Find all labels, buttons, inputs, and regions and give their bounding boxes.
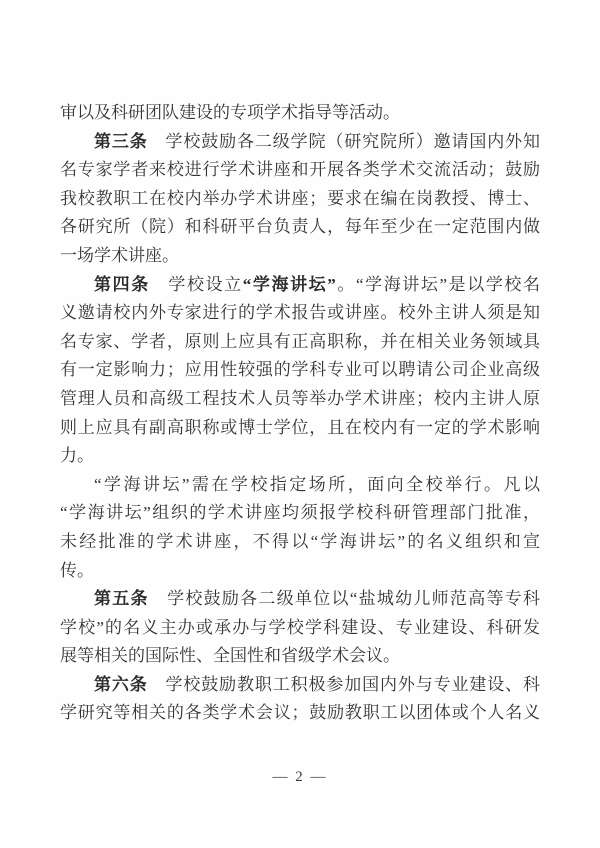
text-line: 则上应具有副高职称或博士学位，且在校内有一定的学术影响 xyxy=(60,414,540,443)
text-line: 传。 xyxy=(60,557,540,586)
text-line: 学研究等相关的各类学术会议；鼓励教职工以团体或个人名义 xyxy=(60,699,540,728)
document-page: 审以及科研团队建设的专项学术指导等活动。第三条 学校鼓励各二级学院（研究院所）邀… xyxy=(0,0,600,848)
page-number: — 2 — xyxy=(0,766,600,788)
body-text: 名专家学者来校进行学术讲座和开展各类学术交流活动；鼓励 xyxy=(60,160,540,179)
text-line: 我校教职工在校内举办学术讲座；要求在编在岗教授、博士、 xyxy=(60,185,540,214)
text-line: 第三条 学校鼓励各二级学院（研究院所）邀请国内外知 xyxy=(60,128,540,157)
text-line: 第五条 学校鼓励各二级单位以“盐城幼儿师范高等专科 xyxy=(60,585,540,614)
text-line: 一场学术讲座。 xyxy=(60,242,540,271)
body-text: 学研究等相关的各类学术会议；鼓励教职工以团体或个人名义 xyxy=(60,703,540,722)
body-text: 。“学海讲坛”是以学校名 xyxy=(336,275,540,294)
body-text: 管理人员和高级工程技术人员等举办学术讲座；校内主讲人原 xyxy=(60,389,540,408)
body-text: “学海讲坛”组织的学术讲座均须报学校科研管理部门批准， xyxy=(60,503,540,522)
bold-text: 第三条 xyxy=(94,132,148,151)
body-text: 学校鼓励教职工积极参加国内外与专业建设、科 xyxy=(148,675,540,694)
body-text: 力。 xyxy=(60,446,94,465)
bold-text: 第六条 xyxy=(94,675,148,694)
text-line: 审以及科研团队建设的专项学术指导等活动。 xyxy=(60,99,540,128)
body-text: 我校教职工在校内举办学术讲座；要求在编在岗教授、博士、 xyxy=(60,189,540,208)
body-text: 学校设立 xyxy=(150,275,243,294)
body-text: 传。 xyxy=(60,561,94,580)
bold-text: 第四条 xyxy=(94,275,150,294)
text-line: 名专家学者来校进行学术讲座和开展各类学术交流活动；鼓励 xyxy=(60,156,540,185)
bold-text: 第五条 xyxy=(94,589,149,608)
document-body: 审以及科研团队建设的专项学术指导等活动。第三条 学校鼓励各二级学院（研究院所）邀… xyxy=(60,99,540,728)
body-text: 一场学术讲座。 xyxy=(60,246,179,265)
body-text: 则上应具有副高职称或博士学位，且在校内有一定的学术影响 xyxy=(60,418,540,437)
text-line: 展等相关的国际性、全国性和省级学术会议。 xyxy=(60,642,540,671)
text-line: 学校”的名义主办或承办与学校学科建设、专业建设、科研发 xyxy=(60,614,540,643)
text-line: 未经批准的学术讲座，不得以“学海讲坛”的名义组织和宣 xyxy=(60,528,540,557)
text-line: 义邀请校内外专家进行的学术报告或讲座。校外主讲人须是知 xyxy=(60,299,540,328)
body-text: 名专家、学者，原则上应具有正高职称，并在相关业务领域具 xyxy=(60,332,540,351)
text-line: 各研究所（院）和科研平台负责人，每年至少在一定范围内做 xyxy=(60,213,540,242)
body-text: 展等相关的国际性、全国性和省级学术会议。 xyxy=(60,646,400,665)
body-text: 未经批准的学术讲座，不得以“学海讲坛”的名义组织和宣 xyxy=(60,532,540,551)
text-line: 管理人员和高级工程技术人员等举办学术讲座；校内主讲人原 xyxy=(60,385,540,414)
text-line: “学海讲坛”需在学校指定场所，面向全校举行。凡以 xyxy=(60,471,540,500)
text-line: 有一定影响力；应用性较强的学科专业可以聘请公司企业高级 xyxy=(60,356,540,385)
text-line: “学海讲坛”组织的学术讲座均须报学校科研管理部门批准， xyxy=(60,499,540,528)
body-text: 学校”的名义主办或承办与学校学科建设、专业建设、科研发 xyxy=(60,618,540,637)
body-text: 学校鼓励各二级单位以“盐城幼儿师范高等专科 xyxy=(149,589,540,608)
text-line: 力。 xyxy=(60,442,540,471)
text-line: 名专家、学者，原则上应具有正高职称，并在相关业务领域具 xyxy=(60,328,540,357)
body-text: “学海讲坛”需在学校指定场所，面向全校举行。凡以 xyxy=(94,475,540,494)
body-text: 审以及科研团队建设的专项学术指导等活动。 xyxy=(60,103,400,122)
bold-text: “学海讲坛” xyxy=(243,275,336,294)
text-line: 第六条 学校鼓励教职工积极参加国内外与专业建设、科 xyxy=(60,671,540,700)
body-text: 学校鼓励各二级学院（研究院所）邀请国内外知 xyxy=(148,132,540,151)
text-line: 第四条 学校设立“学海讲坛”。“学海讲坛”是以学校名 xyxy=(60,271,540,300)
body-text: 各研究所（院）和科研平台负责人，每年至少在一定范围内做 xyxy=(60,217,540,236)
body-text: 有一定影响力；应用性较强的学科专业可以聘请公司企业高级 xyxy=(60,360,540,379)
body-text: 义邀请校内外专家进行的学术报告或讲座。校外主讲人须是知 xyxy=(60,303,540,322)
